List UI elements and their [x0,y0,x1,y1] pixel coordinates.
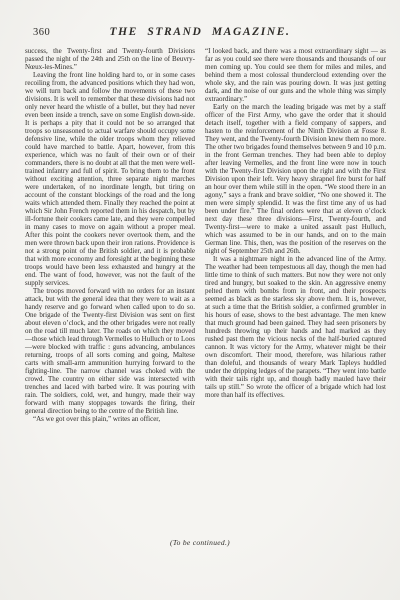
magazine-page: 360 THE STRAND MAGAZINE. success, the Tw… [0,0,400,600]
paragraph: Early on the march the leading brigade w… [205,103,386,255]
left-column: success, the Twenty-first and Twenty-fou… [25,47,195,423]
right-column: “I looked back, and there was a most ext… [205,47,386,423]
text-columns: success, the Twenty-first and Twenty-fou… [25,47,386,423]
paragraph: success, the Twenty-first and Twenty-fou… [25,47,195,71]
paragraph: “As we got over this plain,” writes an o… [25,415,195,423]
page-header: 360 THE STRAND MAGAZINE. [0,26,400,42]
page-number: 360 [33,27,50,38]
paragraph: Leaving the front line holding hard to, … [25,71,195,287]
magazine-title: THE STRAND MAGAZINE. [0,26,400,38]
paragraph: It was a nightmare night in the advanced… [205,255,386,399]
paragraph: “I looked back, and there was a most ext… [205,47,386,103]
footer-continuation: (To be continued.) [0,538,400,547]
paragraph: The troops moved forward with no orders … [25,287,195,415]
